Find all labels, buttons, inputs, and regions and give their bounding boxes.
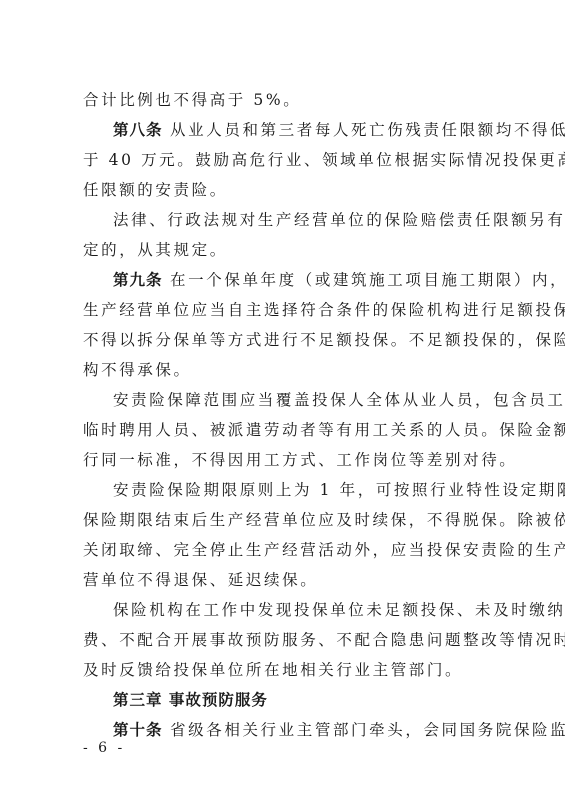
document-page: 合计比例也不得高于 5%。 第八条 从业人员和第三者每人死亡伤残责任限额均不得低… (0, 0, 565, 800)
text-line: 任限额的安责险。 (83, 175, 493, 205)
article-8-line: 第八条 从业人员和第三者每人死亡伤残责任限额均不得低 (113, 115, 493, 145)
article-9-line: 第九条 在一个保单年度（或建筑施工项目施工期限）内， (113, 265, 493, 295)
text-line: 法律、行政法规对生产经营单位的保险赔偿责任限额另有规 (113, 205, 493, 235)
article-text: 在一个保单年度（或建筑施工项目施工期限）内， (170, 271, 565, 289)
article-label: 第八条 (113, 121, 163, 139)
text-line: 费、不配合开展事故预防服务、不配合隐患问题整改等情况时， (83, 625, 493, 655)
text-line: 临时聘用人员、被派遣劳动者等有用工关系的人员。保险金额实 (83, 415, 493, 445)
article-10-line: 第十条 省级各相关行业主管部门牵头，会同国务院保险监 (113, 715, 493, 745)
text-line: 生产经营单位应当自主选择符合条件的保险机构进行足额投保。 (83, 295, 493, 325)
text-line: 保险机构在工作中发现投保单位未足额投保、未及时缴纳保 (113, 595, 493, 625)
text-line: 构不得承保。 (83, 355, 493, 385)
text-line: 不得以拆分保单等方式进行不足额投保。不足额投保的，保险机 (83, 325, 493, 355)
text-line: 合计比例也不得高于 5%。 (83, 85, 493, 115)
text-line: 及时反馈给投保单位所在地相关行业主管部门。 (83, 655, 493, 685)
article-label: 第十条 (113, 721, 163, 739)
text-line: 安责险保险期限原则上为 1 年，可按照行业特性设定期限。 (113, 475, 493, 505)
chapter-heading: 第三章 事故预防服务 (113, 685, 493, 715)
page-number: - 6 - (83, 740, 125, 756)
text-line: 关闭取缔、完全停止生产经营活动外，应当投保安责险的生产经 (83, 535, 493, 565)
text-line: 安责险保障范围应当覆盖投保人全体从业人员，包含员工、 (113, 385, 493, 415)
article-text: 省级各相关行业主管部门牵头，会同国务院保险监 (170, 721, 565, 739)
text-line: 定的，从其规定。 (83, 235, 493, 265)
text-line: 营单位不得退保、延迟续保。 (83, 565, 493, 595)
text-line: 保险期限结束后生产经营单位应及时续保，不得脱保。除被依法 (83, 505, 493, 535)
text-line: 于 40 万元。鼓励高危行业、领域单位根据实际情况投保更高责 (83, 145, 493, 175)
article-label: 第九条 (113, 271, 163, 289)
article-text: 从业人员和第三者每人死亡伤残责任限额均不得低 (170, 121, 565, 139)
text-line: 行同一标准，不得因用工方式、工作岗位等差别对待。 (83, 445, 493, 475)
